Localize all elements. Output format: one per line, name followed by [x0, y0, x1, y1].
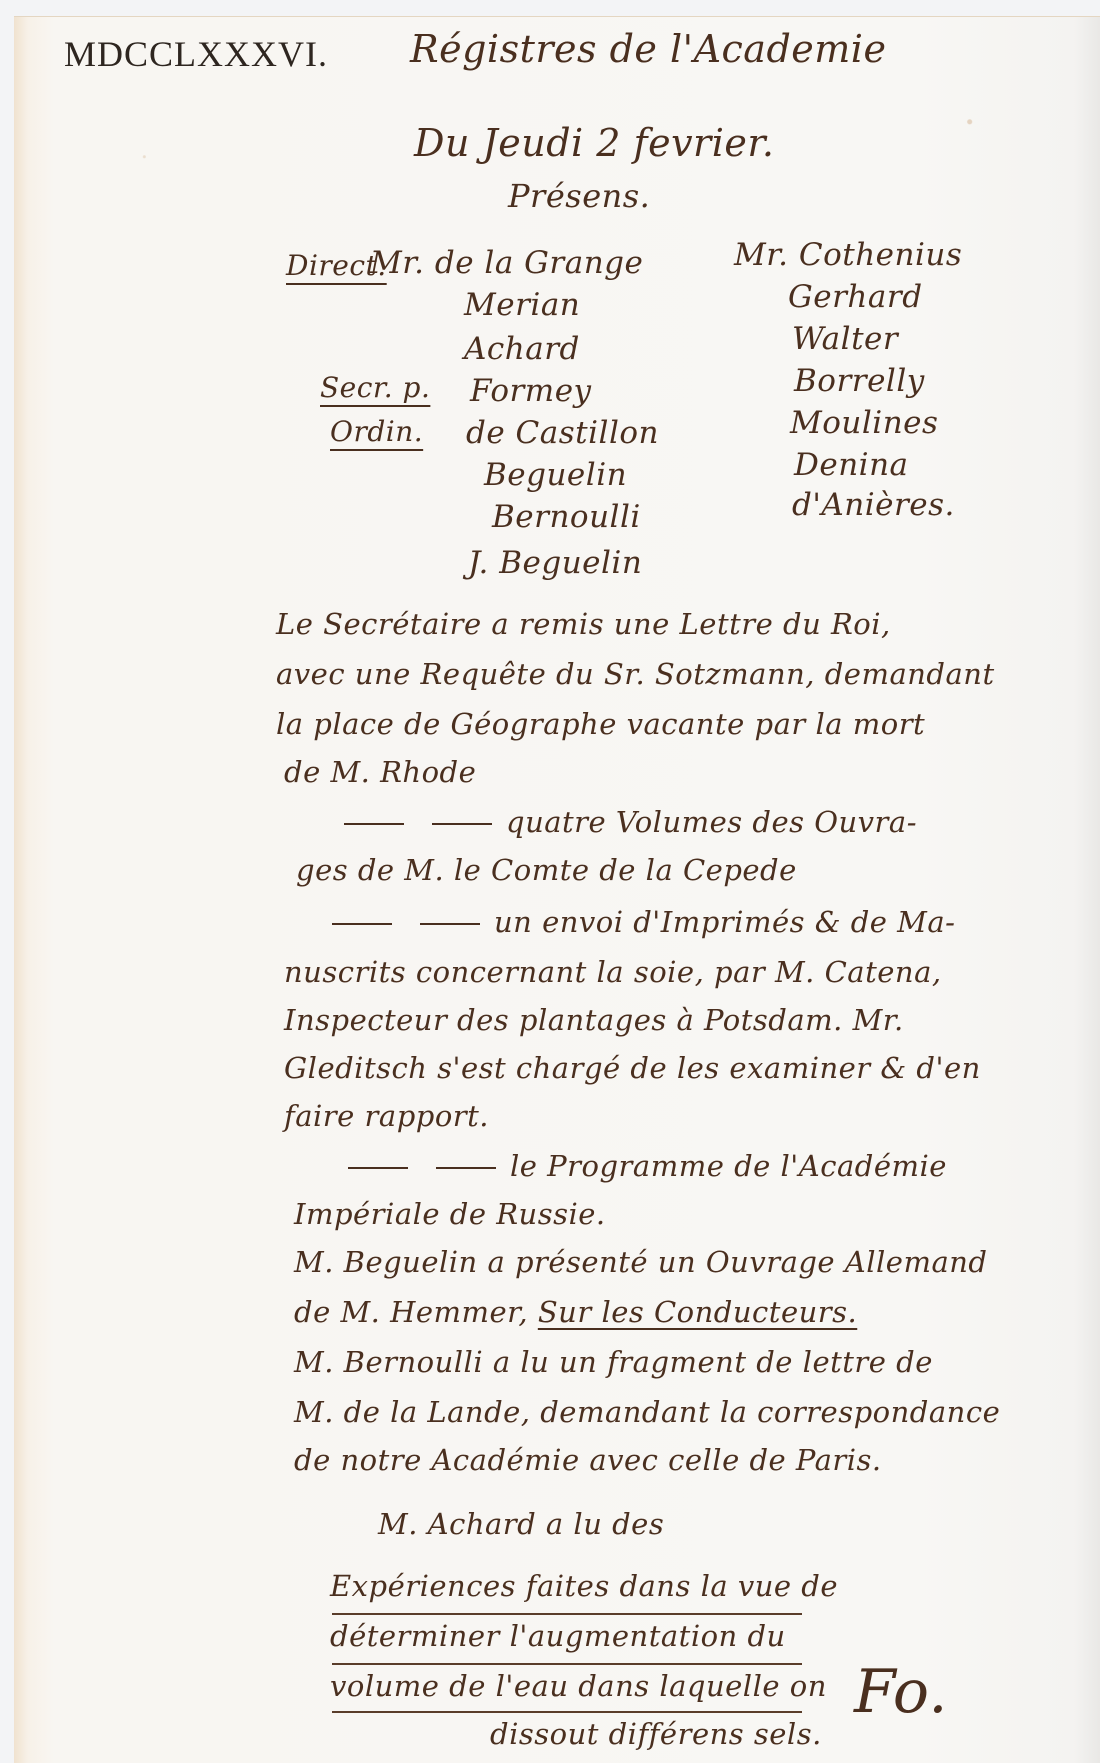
attendee-right: d'Anières. — [792, 487, 955, 523]
minutes-line: le Programme de l'Académie — [334, 1149, 947, 1183]
role-ordinary: Ordin. — [330, 415, 423, 448]
underline-rule — [332, 1663, 802, 1665]
attendee-right: Denina — [794, 447, 909, 483]
ditto-dash — [436, 1167, 496, 1169]
attendee-right: Moulines — [790, 405, 938, 441]
minutes-line: Le Secrétaire a remis une Lettre du Roi, — [276, 607, 891, 641]
memoir-title-line: volume de l'eau dans laquelle on — [330, 1669, 827, 1703]
attendee-right: Mr. Cothenius — [734, 237, 962, 273]
attendee-left: Merian — [464, 287, 580, 323]
present-label: Présens. — [508, 177, 650, 215]
ditto-dash — [432, 823, 492, 825]
attendee-right: Walter — [792, 321, 898, 357]
manuscript-page: MDCCLXXXVI. Régistres de l'Academie Du J… — [14, 16, 1100, 1763]
minutes-line: Gleditsch s'est chargé de les examiner &… — [284, 1051, 981, 1085]
attendee-left: J. Beguelin — [468, 545, 642, 581]
minutes-line: faire rapport. — [284, 1099, 489, 1133]
minutes-line: Inspecteur des plantages à Potsdam. Mr. — [284, 1003, 904, 1037]
ditto-dash — [348, 1167, 408, 1169]
register-title: Régistres de l'Academie — [410, 27, 886, 71]
attendee-left: Achard — [464, 331, 580, 367]
minutes-line: de M. Hemmer, Sur les Conducteurs. — [294, 1295, 857, 1329]
ditto-dash — [344, 823, 404, 825]
memoir-title-line: déterminer l'augmentation du — [330, 1619, 786, 1653]
ditto-dash — [420, 923, 480, 925]
attendee-left: de Castillon — [466, 415, 659, 451]
minutes-line: M. Bernoulli a lu un fragment de lettre … — [294, 1345, 933, 1379]
book-title: Sur les Conducteurs. — [538, 1295, 857, 1329]
bleed-through-text — [893, 47, 904, 82]
minutes-line: un envoi d'Imprimés & de Ma- — [318, 905, 955, 939]
minutes-line: la place de Géographe vacante par la mor… — [276, 707, 925, 741]
memoir-title-line: Expériences faites dans la vue de — [330, 1569, 838, 1603]
underline-rule — [332, 1613, 802, 1615]
minutes-line: de notre Académie avec celle de Paris. — [294, 1443, 882, 1477]
minutes-line: de M. Rhode — [284, 755, 476, 789]
attendee-right: Borrelly — [794, 363, 925, 399]
minutes-line: M. Achard a lu des — [378, 1507, 664, 1541]
minutes-line: ges de M. le Comte de la Cepede — [296, 853, 797, 887]
ditto-dash — [332, 923, 392, 925]
minutes-line: M. de la Lande, demandant la corresponda… — [294, 1395, 1000, 1429]
minutes-line: nuscrits concernant la soie, par M. Cate… — [284, 955, 942, 989]
minutes-line: M. Beguelin a présenté un Ouvrage Allema… — [294, 1245, 988, 1279]
signature-initials: Fo. — [854, 1657, 948, 1727]
role-secretary: Secr. p. — [320, 371, 430, 404]
underline-rule — [332, 1711, 802, 1713]
attendee-left: Mr. de la Grange — [370, 245, 643, 281]
year-heading: MDCCLXXXVI. — [64, 33, 328, 75]
minutes-line: Impériale de Russie. — [294, 1197, 606, 1231]
memoir-title-line: dissout différens sels. — [490, 1717, 822, 1751]
session-date: Du Jeudi 2 fevrier. — [414, 121, 774, 165]
attendee-left: Formey — [470, 373, 592, 409]
minutes-line: quatre Volumes des Ouvra- — [330, 805, 917, 839]
minutes-line: avec une Requête du Sr. Sotzmann, demand… — [276, 657, 995, 691]
attendee-left: Bernoulli — [492, 499, 641, 535]
attendee-right: Gerhard — [788, 279, 923, 315]
attendee-left: Beguelin — [484, 457, 627, 493]
